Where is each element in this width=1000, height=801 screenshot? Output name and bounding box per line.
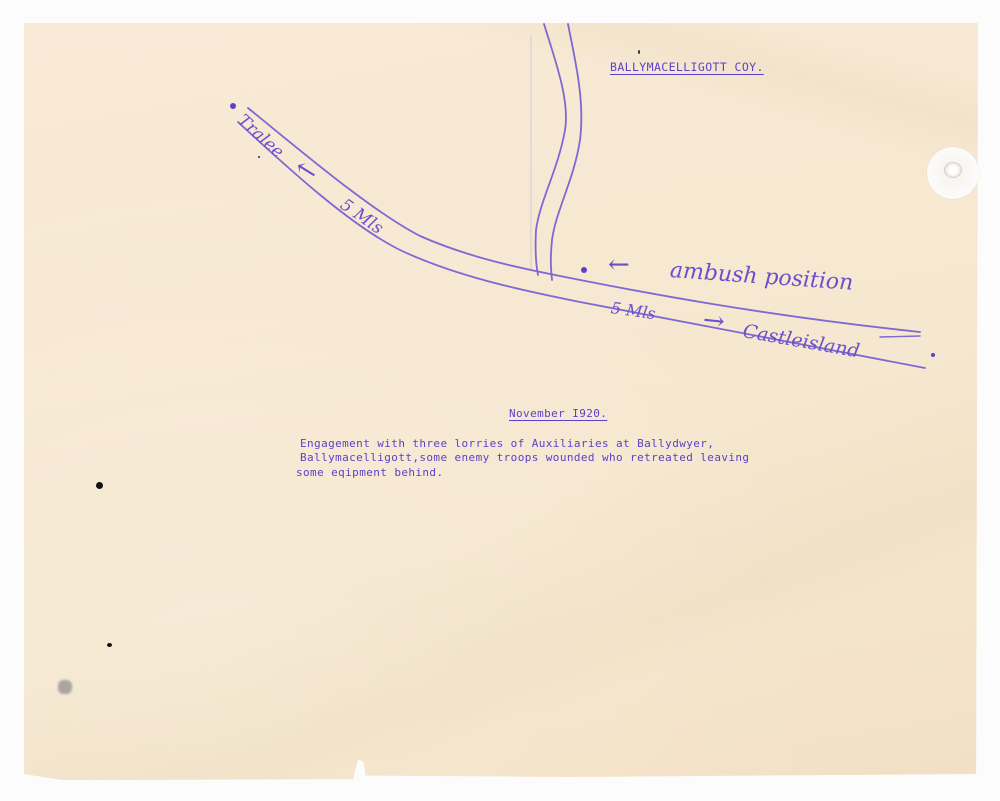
body-text-line-2: Ballymacelligott,some enemy troops wound… <box>300 451 749 465</box>
body-text-line-1: Engagement with three lorries of Auxilia… <box>300 437 714 451</box>
punch-hole <box>944 162 962 178</box>
pencil-smudge <box>58 680 72 694</box>
date-heading: November I920. <box>509 407 607 420</box>
scanned-page: Tralee ← 5 Mls ← ambush position 5 Mls →… <box>0 0 1000 801</box>
grommet-hole-icon <box>927 147 979 199</box>
ink-spot <box>96 482 103 489</box>
company-heading: BALLYMACELLIGOTT COY. <box>610 60 764 74</box>
ink-spot <box>258 156 260 158</box>
ambush-arrow: ← <box>608 250 630 280</box>
body-text-line-3: some eqipment behind. <box>296 466 443 480</box>
ink-spot <box>107 643 112 647</box>
ink-spot <box>638 50 640 54</box>
east-arrow: → <box>701 305 726 337</box>
paper-sheet <box>24 23 978 780</box>
